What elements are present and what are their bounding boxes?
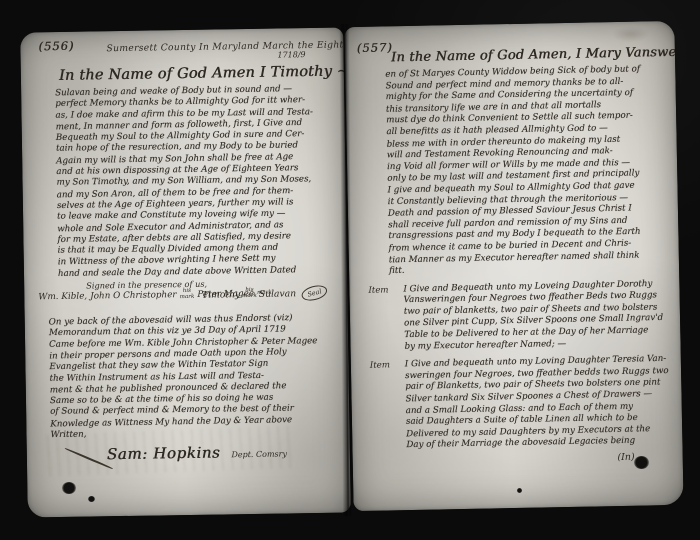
clerk-title: Dept. Comsry	[231, 450, 287, 460]
clerk-signature-row: Sam: Hopkins Dept. Comsry	[107, 441, 342, 464]
will-body-right: en of St Maryes County Widdow being Sick…	[385, 64, 667, 278]
photo-background: (556) Sumersett County In Maryland March…	[0, 0, 700, 540]
page-number-left: (556)	[38, 39, 74, 54]
manuscript-page-left: (556) Sumersett County In Maryland March…	[20, 27, 351, 517]
testator-last-name: Sulavan	[259, 288, 296, 300]
corner-smudge	[612, 26, 648, 42]
will-body-left: Sulavan being and weake of Body but in s…	[55, 84, 339, 280]
witness-mark-2: his mark	[180, 289, 195, 301]
clerk-signature: Sam: Hopkins	[107, 444, 221, 464]
seal-stamp: Seal	[300, 283, 329, 303]
witness-name-1: Wm. Kible,	[38, 291, 87, 302]
catchword: (In)	[367, 452, 635, 468]
endorsement-lines: On ye back of the abovesaid will was thu…	[49, 313, 342, 442]
ink-blot	[517, 488, 522, 493]
page-number-right: (557)	[357, 40, 393, 55]
bequest-lines-1: I Give and Bequeath unto my Loveing Daug…	[403, 279, 668, 354]
item-margin-label-1: Item	[368, 285, 388, 295]
testator-mark: his mark	[242, 288, 257, 300]
bequest-lines-2: I Give and bequeath unto my Loving Daugh…	[405, 354, 671, 452]
testator-first-name: Timothy	[202, 289, 240, 301]
ink-blot	[88, 496, 95, 502]
witness-name-2: John O Christopher	[90, 290, 177, 301]
will-title-left: In the Name of God Amen I Timothy ~	[59, 64, 336, 84]
item-margin-label-2: Item	[370, 361, 390, 371]
bequest-item-2: Item I Give and bequeath unto my Loving …	[405, 354, 671, 452]
manuscript-page-right: (557) In the Name of God Amen, I Mary Va…	[344, 21, 683, 511]
signing-area: Signed in the presence of us, Timothy hi…	[46, 277, 340, 318]
will-title-right: In the Name of God Amen, I Mary Vansweri…	[391, 45, 663, 65]
ink-blot	[62, 482, 76, 494]
testator-signature: Timothy his mark Sulavan Seal	[202, 286, 328, 302]
ink-blot	[634, 456, 649, 469]
bequest-item-1: Item I Give and Bequeath unto my Loveing…	[403, 279, 668, 354]
